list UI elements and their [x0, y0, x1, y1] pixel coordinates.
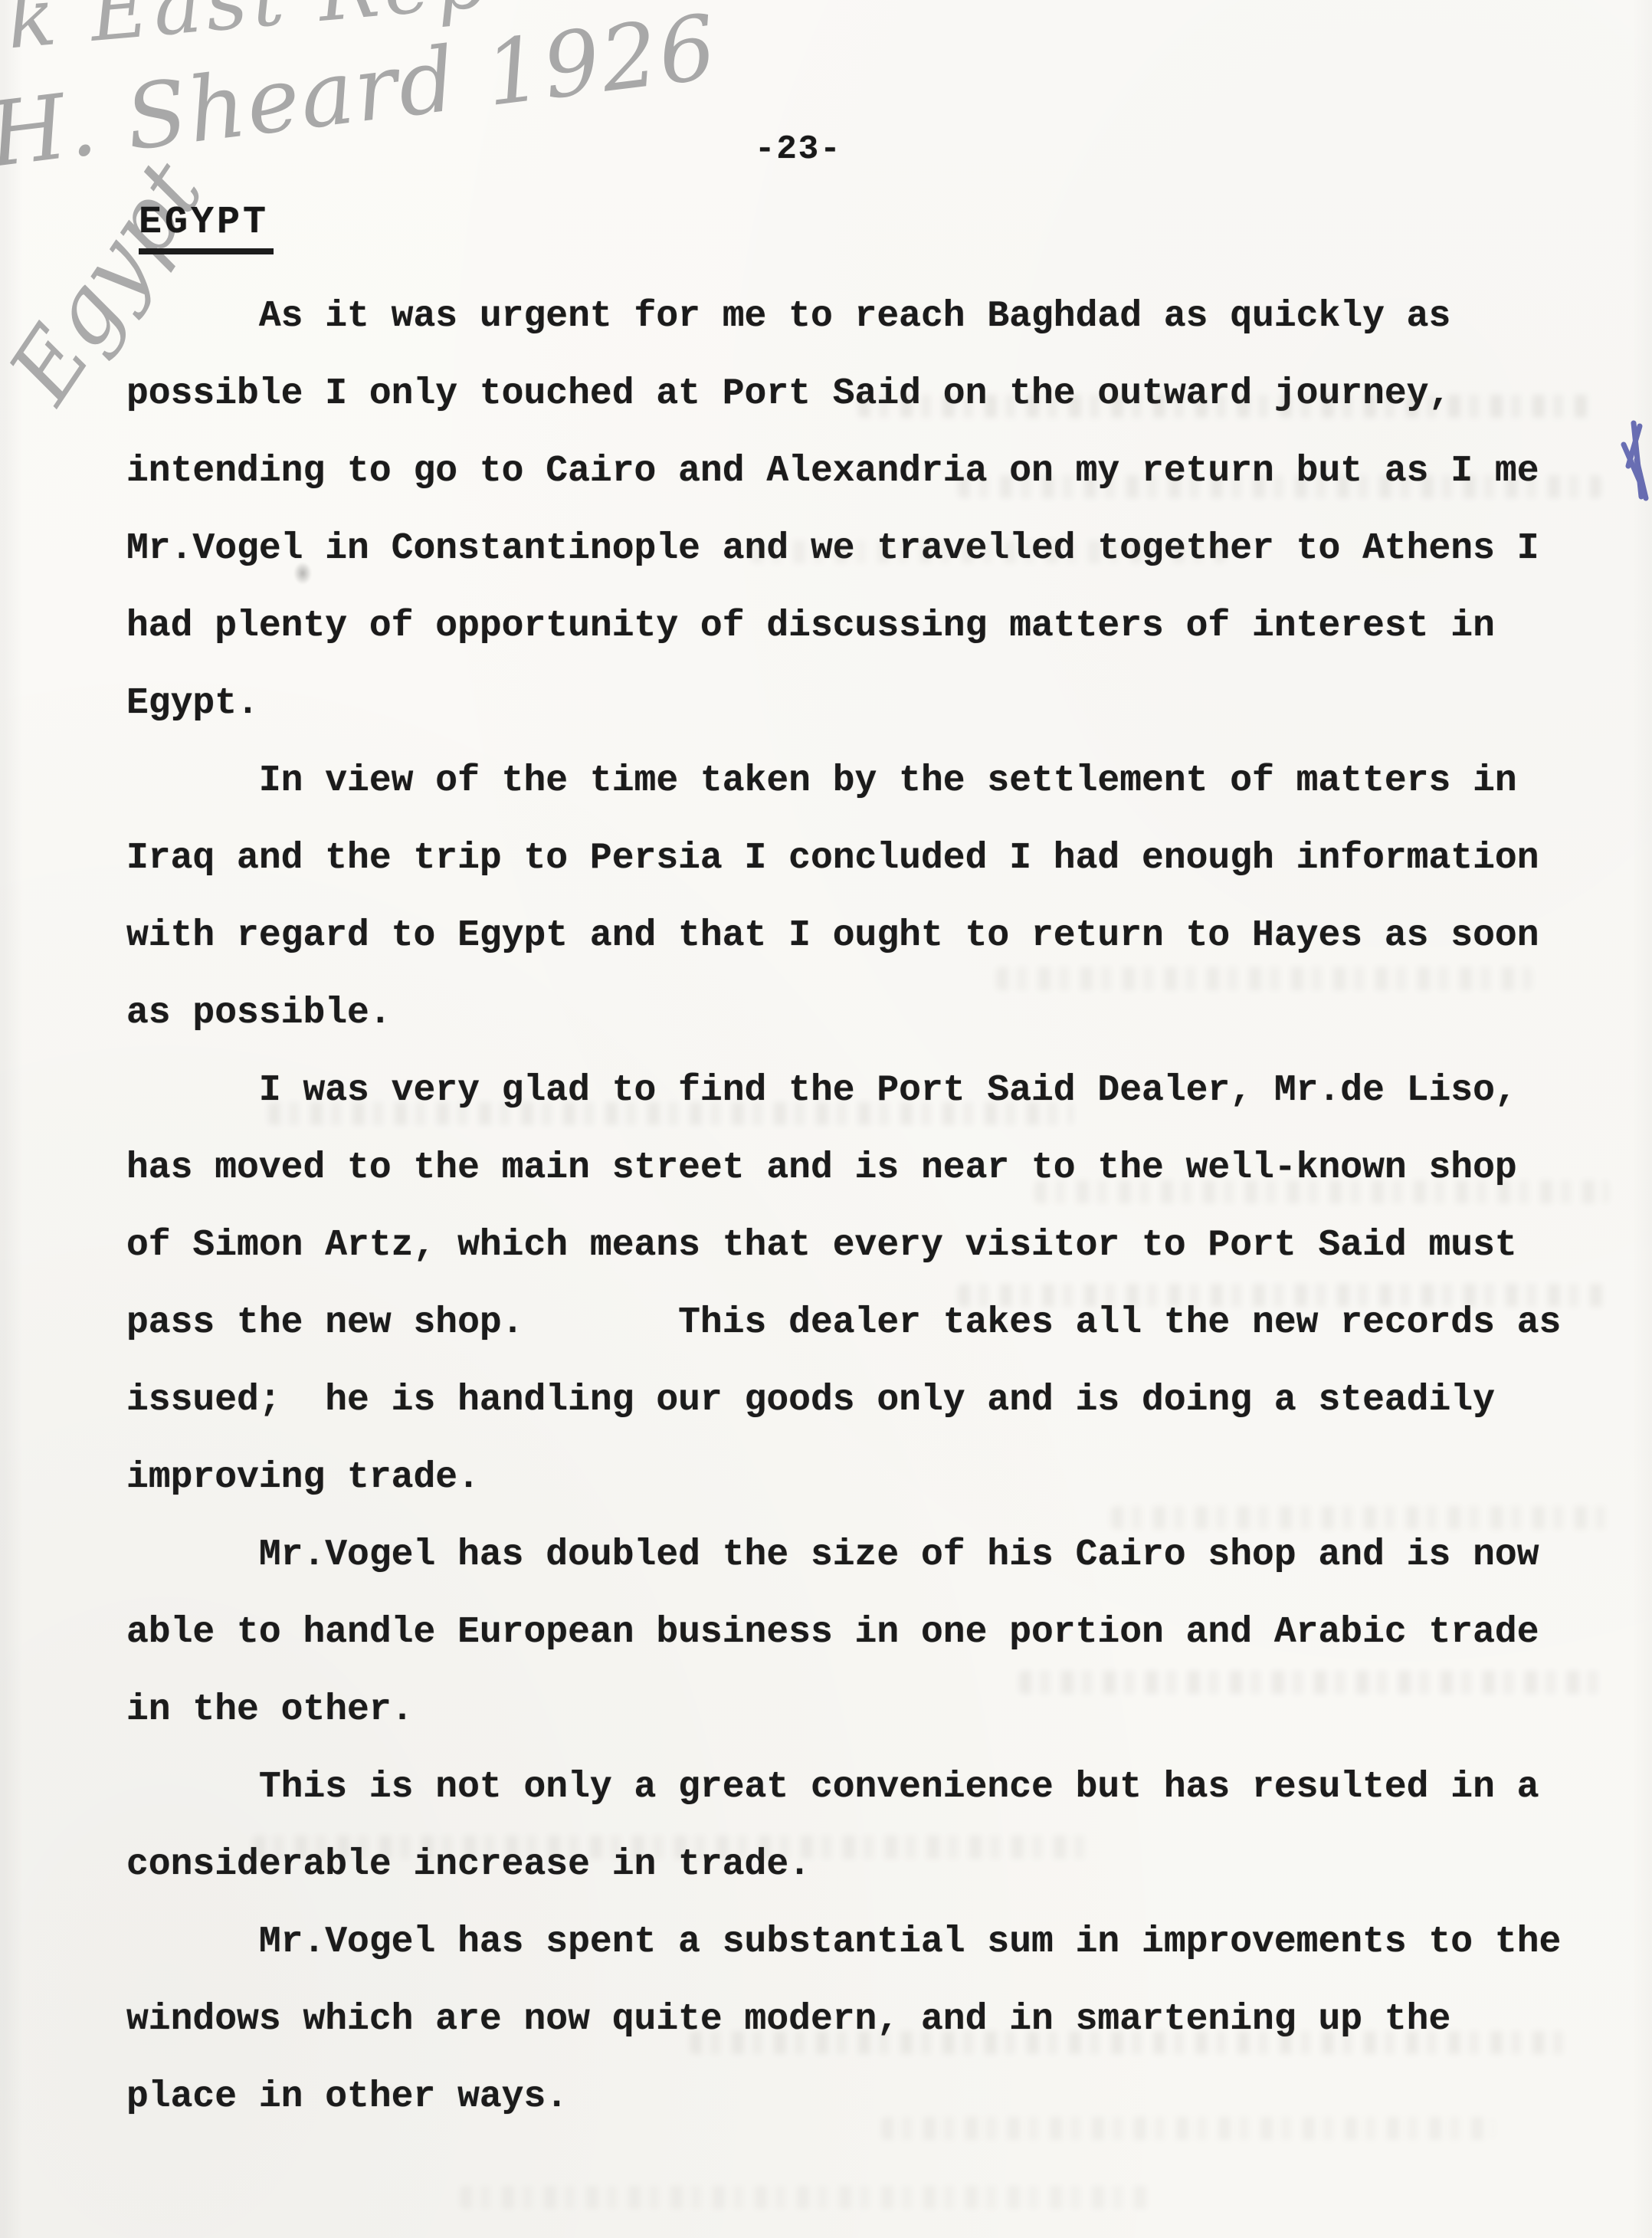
- text-line: I was very glad to find the Port Said De…: [126, 1052, 1598, 1130]
- handwritten-annotation-name-date: H. Sheard 1926: [0, 0, 723, 188]
- paragraph: In view of the time taken by the settlem…: [126, 743, 1598, 1052]
- page-number: -23-: [755, 130, 842, 169]
- text-line: intending to go to Cairo and Alexandria …: [126, 433, 1598, 510]
- text-line: as possible.: [126, 975, 1598, 1052]
- text-line: issued; he is handling our goods only an…: [126, 1362, 1598, 1439]
- text-line: improving trade.: [126, 1439, 1598, 1517]
- text-line: of Simon Artz, which means that every vi…: [126, 1207, 1598, 1285]
- typewritten-body: As it was urgent for me to reach Baghdad…: [126, 278, 1598, 2136]
- ink-smudge: [293, 562, 312, 585]
- text-line: windows which are now quite modern, and …: [126, 1981, 1598, 2059]
- text-line: Mr.Vogel has doubled the size of his Cai…: [126, 1517, 1598, 1594]
- text-line: pass the new shop. This dealer takes all…: [126, 1285, 1598, 1362]
- text-line: This is not only a great convenience but…: [126, 1749, 1598, 1826]
- document-page: k East Rep H. Sheard 1926 Egypt -23- EGY…: [0, 0, 1652, 2238]
- paragraph: As it was urgent for me to reach Baghdad…: [126, 278, 1598, 743]
- paragraph: Mr.Vogel has doubled the size of his Cai…: [126, 1517, 1598, 1749]
- section-heading: EGYPT: [139, 201, 274, 254]
- blue-ink-mark: [1617, 418, 1652, 504]
- text-line: Mr.Vogel in Constantinople and we travel…: [126, 510, 1598, 588]
- text-line: with regard to Egypt and that I ought to…: [126, 897, 1598, 975]
- text-line: In view of the time taken by the settlem…: [126, 743, 1598, 820]
- text-line: Iraq and the trip to Persia I concluded …: [126, 820, 1598, 897]
- text-line: able to handle European business in one …: [126, 1594, 1598, 1672]
- text-line: Mr.Vogel has spent a substantial sum in …: [126, 1904, 1598, 1981]
- bleed-through-smudge: [460, 2186, 1149, 2209]
- paragraph: Mr.Vogel has spent a substantial sum in …: [126, 1904, 1598, 2136]
- text-line: considerable increase in trade.: [126, 1826, 1598, 1904]
- handwritten-annotation-top: k East Rep: [3, 0, 495, 67]
- text-line: As it was urgent for me to reach Baghdad…: [126, 278, 1598, 356]
- text-line: possible I only touched at Port Said on …: [126, 356, 1598, 433]
- paragraph: This is not only a great convenience but…: [126, 1749, 1598, 1904]
- text-line: had plenty of opportunity of discussing …: [126, 588, 1598, 665]
- text-line: has moved to the main street and is near…: [126, 1130, 1598, 1207]
- text-line: Egypt.: [126, 665, 1598, 743]
- text-line: in the other.: [126, 1672, 1598, 1749]
- text-line: place in other ways.: [126, 2059, 1598, 2136]
- paragraph: I was very glad to find the Port Said De…: [126, 1052, 1598, 1517]
